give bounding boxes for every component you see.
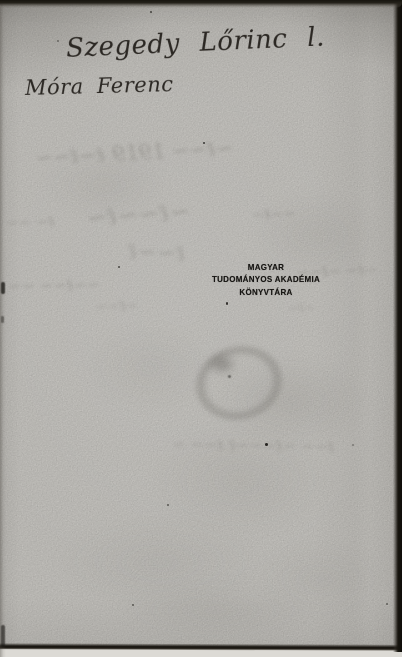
stain-patch bbox=[85, 325, 215, 410]
paper-speck bbox=[150, 11, 152, 13]
stain-patch bbox=[120, 580, 310, 640]
showthrough-line: ~ℓ~ ~ℓ~~ bbox=[297, 261, 378, 283]
stain-patch bbox=[250, 190, 380, 280]
paper-speck bbox=[386, 603, 388, 605]
showthrough-line: ℓ~~ ~ℓ~~~ℓ ℓ~~ ~ bbox=[172, 435, 335, 458]
paper-speck bbox=[167, 504, 169, 506]
stain-patch bbox=[55, 515, 265, 610]
showthrough-line: ℓ~ ~~ bbox=[6, 212, 55, 233]
paper-grain bbox=[0, 0, 402, 657]
paper-speck bbox=[132, 604, 134, 606]
stamp-line-3: KÖNYVTÁRA bbox=[210, 286, 323, 298]
scan-edge-top bbox=[0, 0, 402, 8]
left-edge-mark bbox=[1, 282, 5, 294]
stamp-line-2: TUDOMÁNYOS AKADÉMIA bbox=[210, 273, 323, 285]
paper-speck bbox=[228, 375, 231, 378]
handwriting-line-2: Móra Ferenc bbox=[25, 72, 174, 100]
paper-speck bbox=[118, 266, 120, 268]
scanner-margin-bottom bbox=[0, 649, 402, 657]
paper-speck bbox=[57, 40, 59, 42]
showthrough-line: ~ℓ~~ bbox=[95, 296, 140, 317]
showthrough-line: ~~ℓ~ bbox=[252, 204, 297, 225]
scan-edge-right bbox=[393, 2, 402, 652]
handwriting-line-1: Szegedy Lőrinc l. bbox=[65, 22, 325, 63]
showthrough-line: ~ℓ~ bbox=[288, 300, 316, 317]
stain-ring bbox=[187, 336, 290, 429]
left-edge-mark bbox=[1, 625, 5, 647]
stain-ring-dark-arc bbox=[206, 352, 238, 376]
stain-patch bbox=[216, 356, 366, 446]
showthrough-line: ~~ℓ~~ ~~ bbox=[8, 275, 101, 297]
left-edge-mark bbox=[1, 316, 4, 323]
scan-edge-bottom bbox=[0, 643, 402, 650]
showthrough-line: ~ℓ~~ 1919 ℓ~ℓ~~ bbox=[34, 136, 234, 171]
stain-patch bbox=[150, 425, 330, 535]
paper-speck bbox=[352, 444, 354, 446]
library-stamp: MAGYAR TUDOMÁNYOS AKADÉMIA KÖNYVTÁRA bbox=[210, 261, 323, 298]
paper-shading bbox=[0, 0, 402, 657]
showthrough-line: ~ℓ~~ℓ~ bbox=[85, 196, 191, 233]
paper-speck bbox=[265, 443, 268, 446]
scan-edge-left bbox=[0, 0, 6, 657]
stain-patch bbox=[255, 540, 385, 620]
stamp-line-1: MAGYAR bbox=[210, 261, 323, 273]
paper-speck bbox=[226, 302, 228, 305]
paper-speck bbox=[203, 142, 205, 144]
scanned-page: ~ℓ~~ 1919 ℓ~ℓ~~ ℓ~ ~~ ~ℓ~~ℓ~ ~~ℓ~ ℓ~~ℓ ~… bbox=[0, 0, 402, 657]
stain-patch bbox=[40, 150, 170, 220]
showthrough-line: ℓ~~ℓ bbox=[127, 239, 186, 268]
